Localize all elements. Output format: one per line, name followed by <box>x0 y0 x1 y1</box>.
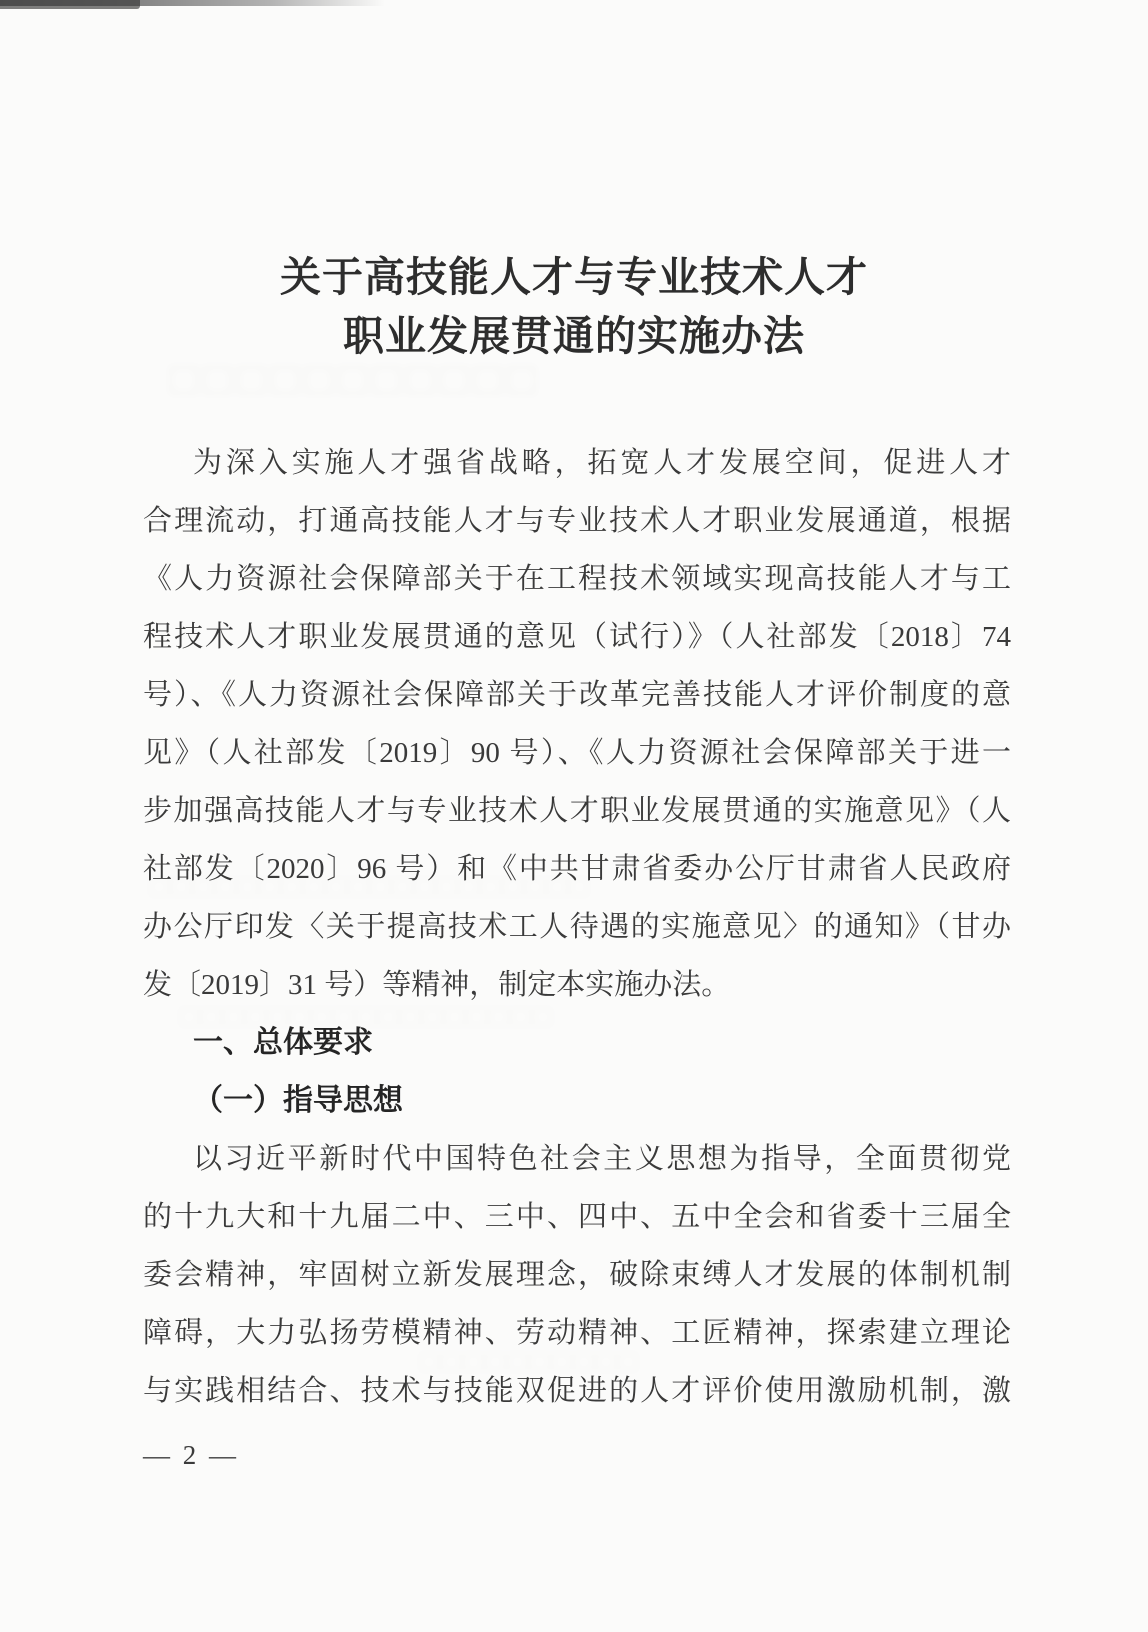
paragraph1-line-9: 办公厅印发〈关于提高技术工人待遇的实施意见〉的通知》（甘办 <box>143 898 1011 956</box>
paragraph2-line-1: 以习近平新时代中国特色社会主义思想为指导，全面贯彻党 <box>143 1130 1011 1188</box>
paragraph1-line-6: 见》（人社部发〔2019〕90 号）、《人力资源社会保障部关于进一 <box>143 724 1011 782</box>
document-title-line-1: 关于高技能人才与专业技术人才 <box>0 248 1148 307</box>
document-title-line-2: 职业发展贯通的实施办法 <box>0 307 1148 366</box>
paragraph2-line-2: 的十九大和十九届二中、三中、四中、五中全会和省委十三届全 <box>143 1188 1011 1246</box>
paragraph1-line-4: 程技术人才职业发展贯通的意见（试行）》（人社部发〔2018〕74 <box>143 608 1011 666</box>
paragraph1-line-10: 发〔2019〕31 号）等精神，制定本实施办法。 <box>143 956 1011 1014</box>
section-heading: 一、总体要求 <box>143 1014 1011 1072</box>
scanned-document-page: □□□□□□□□□□□ □□□□□□□□□□□□□□□□□□□□ □□□□□□□… <box>0 0 1148 1632</box>
paragraph2-line-4: 障碍，大力弘扬劳模精神、劳动精神、工匠精神，探索建立理论 <box>143 1304 1011 1362</box>
page-number: — 2 — <box>143 1440 239 1471</box>
document-title: 关于高技能人才与专业技术人才 职业发展贯通的实施办法 <box>0 248 1148 366</box>
scan-corner-artifact <box>0 0 140 9</box>
paragraph1-line-1: 为深入实施人才强省战略，拓宽人才发展空间，促进人才 <box>143 434 1011 492</box>
paragraph1-line-8: 社部发〔2020〕96 号）和《中共甘肃省委办公厅甘肃省人民政府 <box>143 840 1011 898</box>
paragraph1-line-2: 合理流动，打通高技能人才与专业技术人才职业发展通道，根据 <box>143 492 1011 550</box>
document-body: 为深入实施人才强省战略，拓宽人才发展空间，促进人才 合理流动，打通高技能人才与专… <box>143 434 1011 1420</box>
subsection-heading: （一）指导思想 <box>143 1072 1011 1130</box>
paragraph1-line-7: 步加强高技能人才与专业技术人才职业发展贯通的实施意见》（人 <box>143 782 1011 840</box>
paragraph2-line-3: 委会精神，牢固树立新发展理念，破除束缚人才发展的体制机制 <box>143 1246 1011 1304</box>
paragraph2-line-5: 与实践相结合、技术与技能双促进的人才评价使用激励机制，激 <box>143 1362 1011 1420</box>
paragraph1-line-5: 号）、《人力资源社会保障部关于改革完善技能人才评价制度的意 <box>143 666 1011 724</box>
paragraph1-line-3: 《人力资源社会保障部关于在工程技术领域实现高技能人才与工 <box>143 550 1011 608</box>
